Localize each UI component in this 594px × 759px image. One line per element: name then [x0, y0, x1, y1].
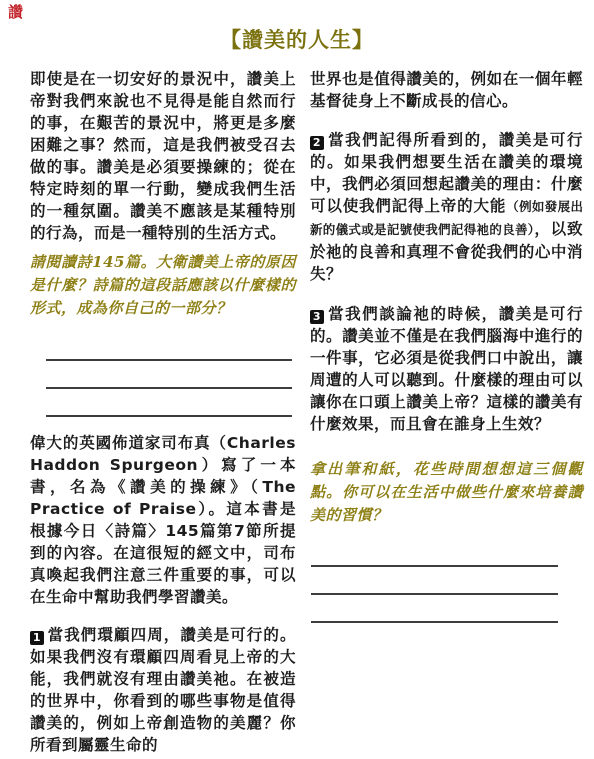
reflection-prompt-habit: 拿出筆和紙，花些時間想想這三個觀點。你可以在生活中做些什麼來培養讚美的習慣？	[310, 458, 583, 527]
point-1-text: 當我們環顧四周，讚美是可行的。如果我們沒有環顧四周看見上帝的大能，我們就沒有理由…	[30, 626, 296, 754]
devotional-page: { "page": { "corner_mark": "讚", "title":…	[0, 0, 594, 759]
number-3-badge-icon: 3	[310, 310, 324, 324]
number-2-badge-icon: 2	[310, 136, 324, 150]
answer-line	[311, 595, 558, 623]
answer-line	[46, 361, 292, 389]
answer-line	[46, 333, 292, 361]
right-column: 世界也是值得讚美的，例如在一個年輕基督徒身上不斷成長的信心。 2當我們記得所看到…	[310, 60, 583, 623]
answer-lines-right	[310, 539, 583, 623]
answer-lines-left	[30, 333, 296, 417]
answer-line	[311, 539, 558, 567]
left-column: 即使是在一切安好的景況中，讚美上帝對我們來說也不見得是能自然而行的事，在艱苦的景…	[30, 60, 296, 756]
paragraph-point-3: 3當我們談論祂的時候，讚美是可行的。讚美並不僅是在我們腦海中進行的一件事，它必須…	[310, 303, 583, 435]
paragraph-point-1: 1當我們環顧四周，讚美是可行的。如果我們沒有環顧四周看見上帝的大能，我們就沒有理…	[30, 624, 296, 756]
paragraph-intro: 即使是在一切安好的景況中，讚美上帝對我們來說也不見得是能自然而行的事，在艱苦的景…	[30, 68, 296, 244]
paragraph-spurgeon: 偉大的英國佈道家司布真（Charles Haddon Spurgeon）寫了一本…	[30, 432, 296, 608]
paragraph-point-2: 2當我們記得所看到的，讚美是可行的。如果我們想要生活在讚美的環境中，我們必須回想…	[310, 129, 583, 285]
answer-line	[46, 389, 292, 417]
reflection-prompt-psalm145: 請閱讀詩145篇。大衛讚美上帝的原因是什麼？詩篇的這段話應該以什麼樣的形式，成為…	[30, 251, 296, 320]
paragraph-point-1-continued: 世界也是值得讚美的，例如在一個年輕基督徒身上不斷成長的信心。	[310, 68, 583, 112]
page-title: 【讚美的人生】	[0, 24, 594, 54]
point-3-text: 當我們談論祂的時候，讚美是可行的。讚美並不僅是在我們腦海中進行的一件事，它必須是…	[310, 305, 583, 433]
number-1-badge-icon: 1	[30, 631, 44, 645]
corner-logo: 讚	[8, 5, 23, 20]
answer-line	[311, 567, 558, 595]
